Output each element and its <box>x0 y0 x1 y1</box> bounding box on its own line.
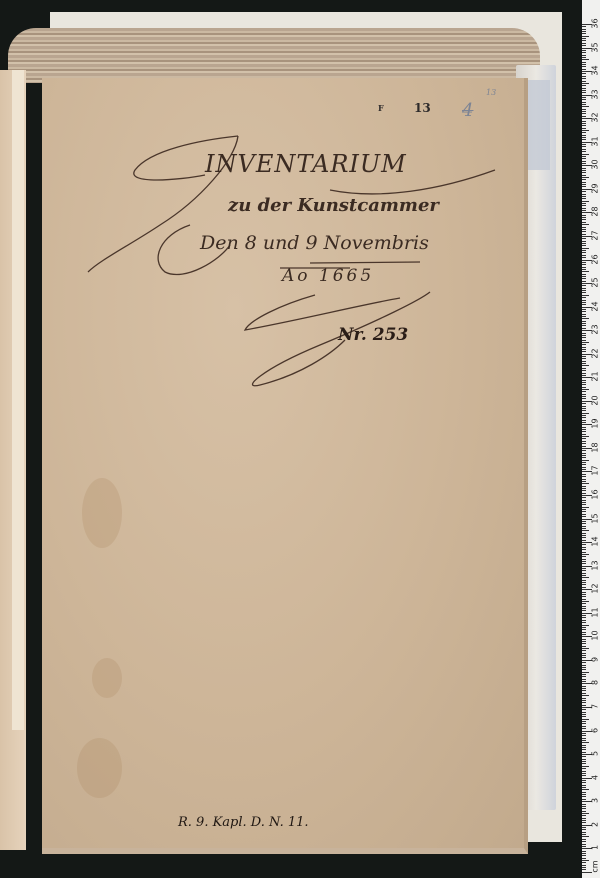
ruler-tick <box>582 603 586 604</box>
ruler-label: 28 <box>591 205 600 219</box>
title-inventarium: INVENTARIUM <box>205 150 407 178</box>
ruler-tick <box>582 596 586 597</box>
ruler-tick <box>582 771 586 772</box>
ruler-label: 16 <box>591 488 600 502</box>
ruler-tick <box>582 580 586 581</box>
ruler-tick <box>582 549 586 550</box>
ruler-tick <box>582 643 586 644</box>
ruler-tick <box>582 780 586 781</box>
ruler-tick <box>582 469 586 470</box>
ruler-tick <box>582 38 586 39</box>
ruler-label: 17 <box>591 464 600 478</box>
ruler-tick <box>582 73 586 74</box>
ruler-tick <box>582 615 586 616</box>
ruler-tick <box>582 380 586 381</box>
ruler-tick <box>582 738 586 739</box>
ruler-tick <box>582 782 586 783</box>
title-number: Nr. 253 <box>338 325 408 345</box>
ruler-tick <box>582 799 586 800</box>
ruler-label: 20 <box>591 393 600 407</box>
ruler-tick <box>582 76 586 77</box>
ruler-tick <box>582 78 586 79</box>
ruler-tick <box>582 387 586 388</box>
ruler-tick <box>582 573 586 574</box>
ruler-tick <box>582 540 586 541</box>
ruler-tick <box>582 358 586 359</box>
ruler-tick <box>582 681 586 682</box>
ruler-tick <box>582 321 586 322</box>
ruler-tick <box>582 504 586 505</box>
ruler-tick <box>582 422 586 423</box>
ruler-tick <box>582 151 586 152</box>
ruler-tick <box>582 662 586 663</box>
ruler-tick <box>582 121 586 122</box>
ruler-tick <box>582 328 586 329</box>
ruler-tick <box>582 398 586 399</box>
ruler-unit: cm <box>591 860 600 874</box>
ruler-label: 18 <box>591 440 600 454</box>
ruler-tick <box>582 335 586 336</box>
ruler-tick <box>582 516 586 517</box>
ruler-tick <box>582 85 586 86</box>
ruler-tick <box>582 514 586 515</box>
ruler-tick <box>582 610 586 611</box>
ruler-tick <box>582 66 586 67</box>
ruler-label: 3 <box>591 794 600 808</box>
ruler-tick <box>582 154 589 155</box>
ruler-tick <box>582 168 586 169</box>
ruler-tick <box>582 57 586 58</box>
ruler-tick <box>582 342 589 343</box>
ruler-tick <box>582 530 589 531</box>
ruler-tick <box>582 276 586 277</box>
ruler-tick <box>582 36 589 37</box>
ruler-tick <box>582 196 586 197</box>
ruler-tick <box>582 340 586 341</box>
ruler-tick <box>582 759 586 760</box>
ruler-tick <box>582 205 586 206</box>
title-date: Den 8 und 9 Novembris <box>200 232 429 254</box>
ruler-tick <box>582 625 589 626</box>
ruler-tick <box>582 577 589 578</box>
ruler-tick <box>582 271 589 272</box>
ruler-tick <box>582 695 589 696</box>
ruler-tick <box>582 146 586 147</box>
ruler-tick <box>582 629 586 630</box>
ruler-tick <box>582 415 586 416</box>
ruler-tick <box>582 712 586 713</box>
ruler-tick <box>582 365 589 366</box>
ruler-tick <box>582 811 586 812</box>
ruler-tick <box>582 210 586 211</box>
ruler-tick <box>582 627 586 628</box>
ruler-tick <box>582 375 586 376</box>
ruler-tick <box>582 474 586 475</box>
measurement-ruler: 3635343332313029282726252423222120191817… <box>582 0 600 878</box>
ruler-tick <box>582 479 586 480</box>
ruler-tick <box>582 31 586 32</box>
ruler-tick <box>582 250 586 251</box>
ruler-tick <box>582 224 589 225</box>
ruler-tick <box>582 304 586 305</box>
ruler-tick <box>582 690 586 691</box>
ruler-tick <box>582 325 586 326</box>
ruler-tick <box>582 716 586 717</box>
ruler-label: 14 <box>591 535 600 549</box>
ruler-tick <box>582 123 586 124</box>
ruler-tick <box>582 391 586 392</box>
ruler-tick <box>582 834 586 835</box>
ruler-tick <box>582 104 586 105</box>
ruler-tick <box>582 617 586 618</box>
ruler-tick <box>582 646 586 647</box>
ruler-tick <box>582 215 586 216</box>
ruler-tick <box>582 502 586 503</box>
ruler-tick <box>582 865 586 866</box>
ruler-label: 15 <box>591 511 600 525</box>
ruler-tick <box>582 128 586 129</box>
ruler-tick <box>582 655 586 656</box>
ruler-label: 11 <box>591 605 600 619</box>
ruler-tick <box>582 575 586 576</box>
ruler-tick <box>582 747 586 748</box>
ruler-tick <box>582 292 586 293</box>
ruler-tick <box>582 370 586 371</box>
title-year: Ao 1665 <box>282 266 374 286</box>
ruler-tick <box>582 396 586 397</box>
ruler-label: 24 <box>591 299 600 313</box>
ruler-tick <box>582 822 586 823</box>
ruler-tick <box>582 69 586 70</box>
ruler-tick <box>582 667 586 668</box>
ruler-tick <box>582 417 586 418</box>
ruler-tick <box>582 177 589 178</box>
ruler-tick <box>582 648 589 649</box>
ruler-tick <box>582 858 586 859</box>
ruler-label: 31 <box>591 134 600 148</box>
ruler-tick <box>582 844 586 845</box>
ruler-tick <box>582 408 586 409</box>
ruler-tick <box>582 130 589 131</box>
ruler-label: 1 <box>591 841 600 855</box>
ruler-tick <box>582 639 586 640</box>
ruler-tick <box>582 584 586 585</box>
ruler-tick <box>582 862 586 863</box>
ruler-tick <box>582 55 586 56</box>
ruler-tick <box>582 403 586 404</box>
ruler-tick <box>582 733 586 734</box>
ruler-tick <box>582 813 589 814</box>
ruler-label: 19 <box>591 417 600 431</box>
ruler-tick <box>582 742 589 743</box>
ruler-tick <box>582 137 586 138</box>
ruler-tick <box>582 316 586 317</box>
ruler-tick <box>582 728 586 729</box>
ruler-tick <box>582 665 586 666</box>
ruler-tick <box>582 113 586 114</box>
ruler-tick <box>582 384 586 385</box>
calligraphic-flourishes <box>0 0 600 878</box>
ruler-tick <box>582 552 586 553</box>
ruler-tick <box>582 860 589 861</box>
ruler-tick <box>582 483 589 484</box>
ruler-tick <box>582 241 586 242</box>
ruler-tick <box>582 351 586 352</box>
ruler-tick <box>582 509 586 510</box>
ruler-tick <box>582 672 589 673</box>
ruler-tick <box>582 333 586 334</box>
ruler-tick <box>582 382 586 383</box>
ruler-tick <box>582 796 586 797</box>
ruler-label: 10 <box>591 629 600 643</box>
ruler-tick <box>582 267 586 268</box>
ruler-tick <box>582 135 586 136</box>
ruler-label: 29 <box>591 181 600 195</box>
ruler-tick <box>582 533 586 534</box>
ruler-tick <box>582 453 586 454</box>
ruler-tick <box>582 179 586 180</box>
ruler-label: 23 <box>591 323 600 337</box>
ruler-tick <box>582 808 586 809</box>
ruler-tick <box>582 389 589 390</box>
ruler-tick <box>582 719 589 720</box>
title-kunstcammer: zu der Kunstcammer <box>228 195 439 216</box>
ruler-tick <box>582 563 586 564</box>
ruler-tick <box>582 556 586 557</box>
ruler-tick <box>582 81 586 82</box>
ruler-tick <box>582 537 586 538</box>
ruler-tick <box>582 535 586 536</box>
ruler-tick <box>582 149 586 150</box>
ruler-tick <box>582 64 586 65</box>
ruler-tick <box>582 219 586 220</box>
ruler-label: 8 <box>591 676 600 690</box>
shelfmark-note: R. 9. Kapl. D. N. 11. <box>178 815 309 830</box>
ruler-tick <box>582 262 586 263</box>
ruler-tick <box>582 829 586 830</box>
ruler-tick <box>582 601 589 602</box>
ruler-tick <box>582 457 586 458</box>
ruler-tick <box>582 373 586 374</box>
ruler-tick <box>582 763 586 764</box>
ruler-tick <box>582 361 586 362</box>
ruler-tick <box>582 599 586 600</box>
ruler-tick <box>582 846 586 847</box>
ruler-tick <box>582 768 586 769</box>
ruler-tick <box>582 507 589 508</box>
ruler-tick <box>582 99 586 100</box>
ruler-tick <box>582 726 586 727</box>
ruler-tick <box>582 570 586 571</box>
ruler-tick <box>582 818 586 819</box>
ruler-tick <box>582 125 586 126</box>
ruler-tick <box>582 175 586 176</box>
ruler-tick <box>582 347 586 348</box>
ruler-tick <box>582 686 586 687</box>
ruler-tick <box>582 186 586 187</box>
ruler-tick <box>582 441 586 442</box>
ruler-label: 7 <box>591 699 600 713</box>
ruler-tick <box>582 97 586 98</box>
ruler-tick <box>582 203 586 204</box>
ruler-tick <box>582 257 586 258</box>
ruler-tick <box>582 264 586 265</box>
ruler-tick <box>582 274 586 275</box>
ruler-tick <box>582 787 586 788</box>
ruler-tick <box>582 184 586 185</box>
ruler-tick <box>582 641 586 642</box>
ruler-tick <box>582 297 586 298</box>
ruler-tick <box>582 438 586 439</box>
ruler-tick <box>582 745 586 746</box>
ruler-tick <box>582 111 586 112</box>
ruler-tick <box>582 497 586 498</box>
ruler-tick <box>582 302 586 303</box>
ruler-tick <box>582 620 586 621</box>
ruler-tick <box>582 311 586 312</box>
ruler-tick <box>582 227 586 228</box>
ruler-tick <box>582 794 586 795</box>
ruler-tick <box>582 467 586 468</box>
ruler-tick <box>582 464 586 465</box>
ruler-tick <box>582 231 586 232</box>
ruler-tick <box>582 582 586 583</box>
ruler-tick <box>582 431 586 432</box>
ruler-tick <box>582 756 586 757</box>
ruler-tick <box>582 40 586 41</box>
ruler-tick <box>582 488 586 489</box>
ruler-tick <box>582 45 586 46</box>
ruler-tick <box>582 43 586 44</box>
ruler-tick <box>582 490 586 491</box>
ruler-label: 4 <box>591 770 600 784</box>
ruler-tick <box>582 766 589 767</box>
ruler-tick <box>582 83 589 84</box>
ruler-tick <box>582 337 586 338</box>
ruler-tick <box>582 679 586 680</box>
ruler-tick <box>582 208 586 209</box>
ruler-tick <box>582 410 586 411</box>
ruler-tick <box>582 194 586 195</box>
ruler-label: 26 <box>591 252 600 266</box>
ruler-tick <box>582 234 586 235</box>
ruler-tick <box>582 281 586 282</box>
ruler-tick <box>582 156 586 157</box>
ruler-tick <box>582 59 589 60</box>
ruler-tick <box>582 109 586 110</box>
ruler-tick <box>582 792 586 793</box>
ruler-tick <box>582 547 586 548</box>
ruler-tick <box>582 674 586 675</box>
ruler-tick <box>582 252 586 253</box>
ruler-tick <box>582 806 586 807</box>
ruler-tick <box>582 526 586 527</box>
ruler-tick <box>582 676 586 677</box>
ruler-tick <box>582 460 589 461</box>
ruler-tick <box>582 198 586 199</box>
ruler-label: 22 <box>591 346 600 360</box>
ruler-tick <box>582 368 586 369</box>
ruler-tick <box>582 443 586 444</box>
ruler-tick <box>582 191 586 192</box>
ruler-tick <box>582 804 586 805</box>
ruler-tick <box>582 714 586 715</box>
ruler-tick <box>582 486 586 487</box>
ruler-tick <box>582 278 586 279</box>
ruler-label: 9 <box>591 652 600 666</box>
ruler-tick <box>582 839 586 840</box>
ruler-tick <box>582 434 586 435</box>
ruler-label: 35 <box>591 40 600 54</box>
ruler-tick <box>582 521 586 522</box>
ruler-tick <box>582 476 586 477</box>
ruler-tick <box>582 427 586 428</box>
ruler-tick <box>582 815 586 816</box>
ruler-tick <box>582 285 586 286</box>
ruler-tick <box>582 632 586 633</box>
ruler-label: 33 <box>591 87 600 101</box>
ruler-tick <box>582 700 586 701</box>
ruler-tick <box>582 349 586 350</box>
ruler-tick <box>582 785 586 786</box>
ruler-tick <box>582 455 586 456</box>
ruler-label: 13 <box>591 558 600 572</box>
ruler-tick <box>582 144 586 145</box>
ruler-tick <box>582 735 586 736</box>
ruler-tick <box>582 229 586 230</box>
ruler-tick <box>582 606 586 607</box>
ruler-tick <box>582 544 586 545</box>
ruler-tick <box>582 634 586 635</box>
ruler-tick <box>582 248 589 249</box>
ruler-label: 6 <box>591 723 600 737</box>
ruler-tick <box>582 827 586 828</box>
ruler-tick <box>582 62 586 63</box>
ruler-tick <box>582 622 586 623</box>
ruler-tick <box>582 855 586 856</box>
ruler-tick <box>582 723 586 724</box>
ruler-tick <box>582 102 586 103</box>
ruler-tick <box>582 269 586 270</box>
ruler-tick <box>582 363 586 364</box>
ruler-tick <box>582 429 586 430</box>
ruler-tick <box>582 462 586 463</box>
ruler-tick <box>582 832 586 833</box>
ruler-tick <box>582 182 586 183</box>
ruler-tick <box>582 436 589 437</box>
ruler-tick <box>582 420 586 421</box>
ruler-tick <box>582 775 586 776</box>
ruler-tick <box>582 561 586 562</box>
ruler-tick <box>582 172 586 173</box>
ruler-label: 21 <box>591 370 600 384</box>
ruler-tick <box>582 288 586 289</box>
ruler-tick <box>582 50 586 51</box>
ruler-label: 5 <box>591 747 600 761</box>
ruler-tick <box>582 318 589 319</box>
ruler-tick <box>582 523 586 524</box>
ruler-tick <box>582 106 589 107</box>
ruler-tick <box>582 836 589 837</box>
ruler-tick <box>582 669 586 670</box>
ruler-tick <box>582 222 586 223</box>
ruler-tick <box>582 413 589 414</box>
ruler-tick <box>582 92 586 93</box>
ruler-tick <box>582 688 586 689</box>
ruler-tick <box>582 201 589 202</box>
ruler-tick <box>582 869 586 870</box>
ruler-tick <box>582 314 586 315</box>
